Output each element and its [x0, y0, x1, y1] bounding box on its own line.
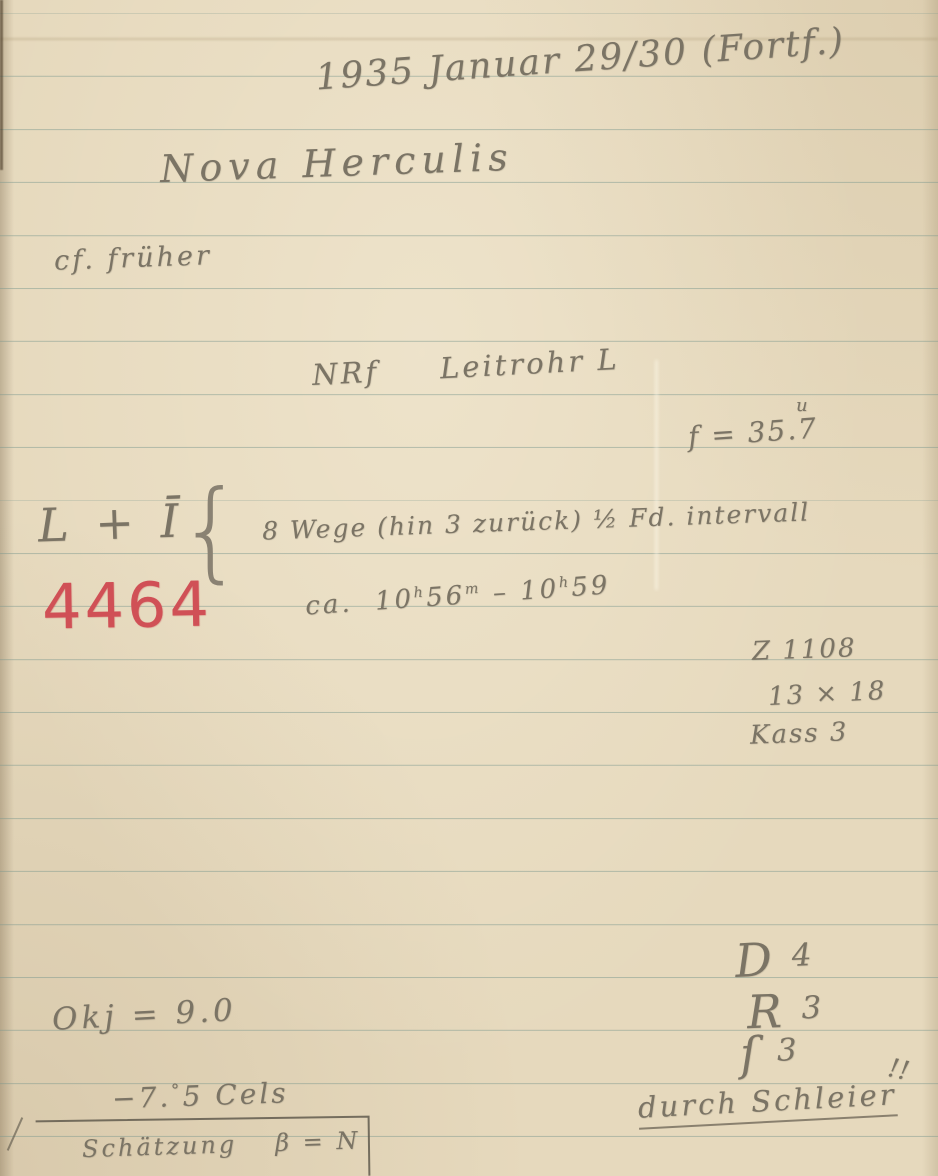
stray-pencil-stroke: [7, 1117, 23, 1151]
time-prefix: ca.: [304, 587, 376, 622]
remark-schleier: durch Schleier: [637, 1079, 897, 1129]
time-m1-sup: m: [464, 581, 482, 598]
time-m1: 56: [425, 581, 466, 614]
time-range: ca. 10h56m – 10h59: [304, 571, 611, 621]
time-h2-sup: h: [558, 574, 571, 591]
series-label: L + Ī: [37, 495, 185, 551]
eyepiece-value: Okj = 9.0: [51, 993, 237, 1037]
temp-degree-mark: °: [171, 1080, 183, 1100]
rating-r-value: 3: [801, 993, 822, 1025]
rating-s-value: 3: [776, 1035, 797, 1067]
plate-format: 13 × 18: [767, 677, 887, 712]
rating-d-key: D: [734, 936, 773, 984]
estimate-word: Schätzung: [82, 1130, 238, 1163]
time-h1: 10: [374, 584, 415, 617]
time-m2: 59: [570, 570, 611, 603]
estimate-label: Schätzungβ = N: [82, 1127, 361, 1162]
temp-tail: 5 Cels: [182, 1076, 289, 1113]
plate-number-red: 4464: [41, 571, 212, 642]
instrument-note: NRf Leitrohr L: [311, 344, 620, 392]
notebook-page: 1935 Januar 29/30 (Fortf.) Nova Herculis…: [0, 0, 938, 1176]
temp-lead: −7.: [111, 1080, 171, 1115]
temperature: −7.°5 Cels: [111, 1077, 289, 1115]
exclamation-marks: !!: [885, 1054, 911, 1086]
focal-length-value: f = 35.7: [687, 414, 819, 454]
binding-edge-shadow: [0, 0, 3, 170]
exposure-note: 8 Wege (hin 3 zurück) ½ Fd. intervall: [262, 498, 811, 545]
rating-row-r: R 3: [746, 987, 822, 1036]
time-h2: 10: [519, 574, 560, 607]
rating-row-s: ſ 3: [739, 1029, 797, 1077]
plate-id: Z 1108: [752, 634, 857, 666]
rating-row-d: D 4: [734, 934, 813, 984]
rating-s-key: ſ: [739, 1030, 758, 1077]
page-header-date: 1935 Januar 29/30 (Fortf.): [314, 22, 846, 99]
estimate-value: β = N: [275, 1126, 361, 1157]
object-title: Nova Herculis: [159, 137, 514, 191]
paper-crease-vertical: [655, 360, 658, 590]
rating-d-value: 4: [791, 940, 812, 972]
cassette-number: Kass 3: [750, 718, 849, 750]
time-dash: –: [481, 577, 522, 610]
cf-note: cf. früher: [54, 241, 213, 276]
estimate-box: Schätzungβ = N: [36, 1116, 371, 1176]
